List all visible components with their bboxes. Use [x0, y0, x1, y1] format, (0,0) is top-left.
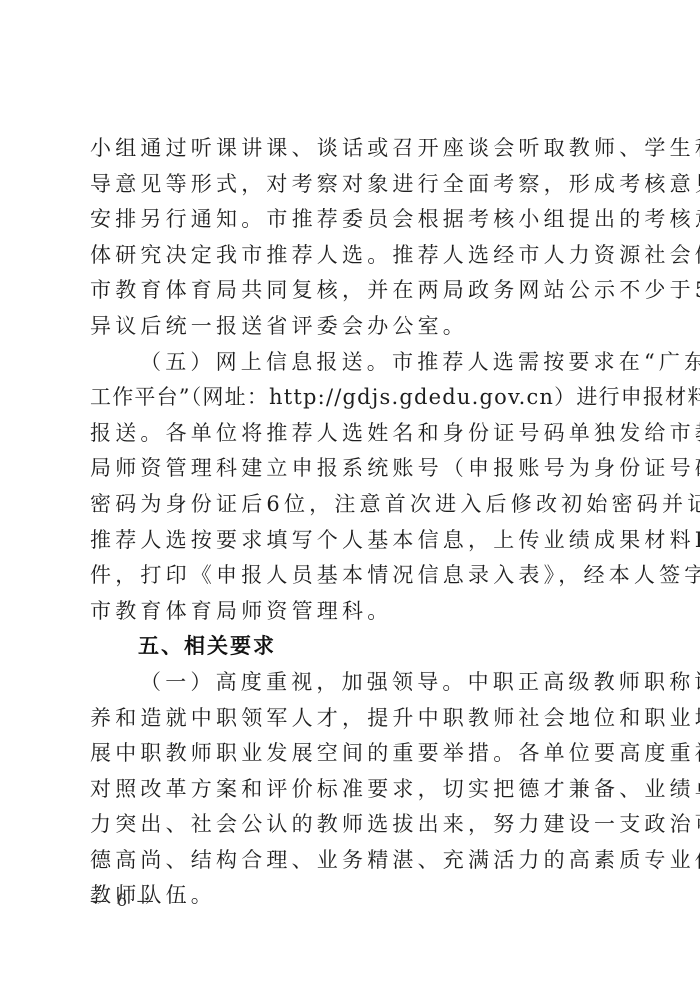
- document-body: 小组通过听课讲课、谈话或召开座谈会听取教师、学生和学校领 导意见等形式，对考察对…: [90, 131, 610, 914]
- paragraph-line-with-url: 工作平台”（网址：http://gdjs.gdedu.gov.cn）进行申报材料…: [90, 380, 610, 416]
- paragraph-line: 异议后统一报送省评委会办公室。: [90, 309, 610, 345]
- page-number: — 6 —: [90, 890, 156, 912]
- section-5-item-online-submission: （五）网上信息报送。市推荐人选需按要求在“广东省教师: [90, 345, 610, 381]
- paragraph-line: 报送。各单位将推荐人选姓名和身份证号码单独发给市教育体育: [90, 416, 610, 452]
- paragraph-line: 教师队伍。: [90, 878, 610, 914]
- document-page: 小组通过听课讲课、谈话或召开座谈会听取教师、学生和学校领 导意见等形式，对考察对…: [0, 0, 700, 990]
- paragraph-line: 对照改革方案和评价标准要求，切实把德才兼备、业绩卓著、能: [90, 772, 610, 808]
- paragraph-line: 导意见等形式，对考察对象进行全面考察，形成考核意见，具体: [90, 167, 610, 203]
- paragraph-line: 安排另行通知。市推荐委员会根据考核小组提出的考核意见，集: [90, 202, 610, 238]
- paragraph-line: 养和造就中职领军人才，提升中职教师社会地位和职业地位，拓: [90, 701, 610, 737]
- requirement-item-1: （一）高度重视，加强领导。中职正高级教师职称评审是培: [90, 665, 610, 701]
- paragraph-line: 市教育体育局共同复核，并在两局政务网站公示不少于5天，无: [90, 273, 610, 309]
- section-heading: 五、相关要求: [90, 629, 610, 665]
- paragraph-line: 展中职教师职业发展空间的重要举措。各单位要高度重视，认真: [90, 736, 610, 772]
- paragraph-line: 市教育体育局师资管理科。: [90, 594, 610, 630]
- paragraph-line: 推荐人选按要求填写个人基本信息，上传业绩成果材料PDF文: [90, 523, 610, 559]
- paragraph-line: 件，打印《申报人员基本情况信息录入表》，经本人签字后，报: [90, 558, 610, 594]
- paragraph-line: 德高尚、结构合理、业务精湛、充满活力的高素质专业化创新型: [90, 843, 610, 879]
- paragraph-line: 力突出、社会公认的教师选拔出来，努力建设一支政治可靠、师: [90, 807, 610, 843]
- paragraph-line: 体研究决定我市推荐人选。推荐人选经市人力资源社会保障局及: [90, 238, 610, 274]
- paragraph-line: 局师资管理科建立申报系统账号（申报账号为身份证号码，初始: [90, 451, 610, 487]
- paragraph-line: 小组通过听课讲课、谈话或召开座谈会听取教师、学生和学校领: [90, 131, 610, 167]
- paragraph-line: 密码为身份证后6位，注意首次进入后修改初始密码并记住）。: [90, 487, 610, 523]
